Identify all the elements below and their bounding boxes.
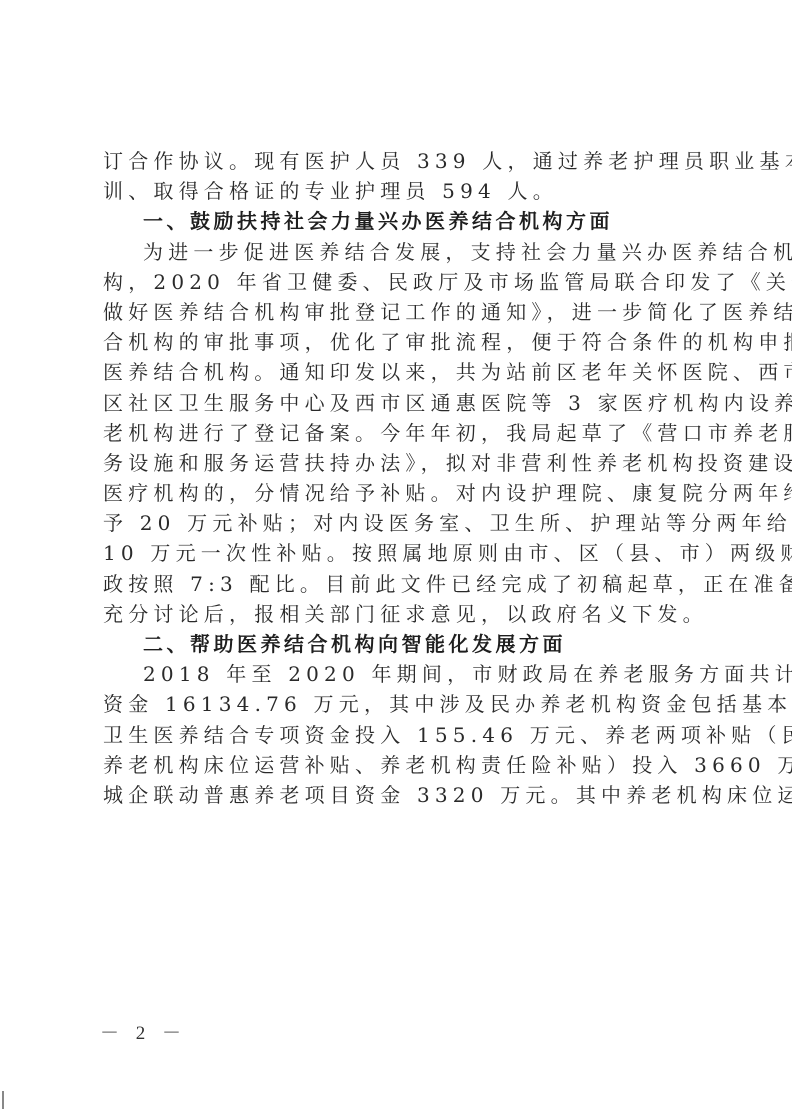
- paragraph-start-line: 2018 年至 2020 年期间，市财政局在养老服务方面共计投入: [103, 659, 693, 689]
- body-line: 城企联动普惠养老项目资金 3320 万元。其中养老机构床位运营: [103, 780, 693, 810]
- body-line: 充分讨论后，报相关部门征求意见，以政府名义下发。: [103, 599, 693, 629]
- body-line: 做好医养结合机构审批登记工作的通知》，进一步简化了医养结: [103, 297, 693, 327]
- page-number: － 2 －: [100, 1018, 187, 1045]
- body-line: 政按照 7:3 配比。目前此文件已经完成了初稿起草，正在准备经: [103, 569, 693, 599]
- section-heading-1: 一、鼓励扶持社会力量兴办医养结合机构方面: [103, 206, 693, 236]
- body-line: 务设施和服务运营扶持办法》，拟对非营利性养老机构投资建设: [103, 448, 693, 478]
- body-line: 卫生医养结合专项资金投入 155.46 万元、养老两项补贴（民办: [103, 720, 693, 750]
- paragraph-start-line: 为进一步促进医养结合发展，支持社会力量兴办医养结合机: [103, 237, 693, 267]
- document-page: 订合作协议。现有医护人员 339 人，通过养老护理员职业基本培 训、取得合格证的…: [0, 0, 792, 1112]
- body-line: 老机构进行了登记备案。今年年初，我局起草了《营口市养老服: [103, 418, 693, 448]
- body-line: 养老机构床位运营补贴、养老机构责任险补贴）投入 3660 万元、: [103, 750, 693, 780]
- section-heading-2: 二、帮助医养结合机构向智能化发展方面: [103, 629, 693, 659]
- scan-margin-mark: [2, 1091, 4, 1109]
- body-line: 资金 16134.76 万元，其中涉及民办养老机构资金包括基本公共: [103, 689, 693, 719]
- body-line: 10 万元一次性补贴。按照属地原则由市、区（县、市）两级财: [103, 538, 693, 568]
- body-line: 医养结合机构。通知印发以来，共为站前区老年关怀医院、西市: [103, 357, 693, 387]
- body-line: 训、取得合格证的专业护理员 594 人。: [103, 176, 693, 206]
- body-line: 合机构的审批事项，优化了审批流程，便于符合条件的机构申报: [103, 327, 693, 357]
- body-line: 订合作协议。现有医护人员 339 人，通过养老护理员职业基本培: [103, 146, 693, 176]
- body-line: 医疗机构的，分情况给予补贴。对内设护理院、康复院分两年给: [103, 478, 693, 508]
- body-line: 予 20 万元补贴；对内设医务室、卫生所、护理站等分两年给予: [103, 508, 693, 538]
- document-body: 订合作协议。现有医护人员 339 人，通过养老护理员职业基本培 训、取得合格证的…: [103, 146, 693, 810]
- body-line: 区社区卫生服务中心及西市区通惠医院等 3 家医疗机构内设养: [103, 388, 693, 418]
- body-line: 构，2020 年省卫健委、民政厅及市场监管局联合印发了《关于: [103, 267, 693, 297]
